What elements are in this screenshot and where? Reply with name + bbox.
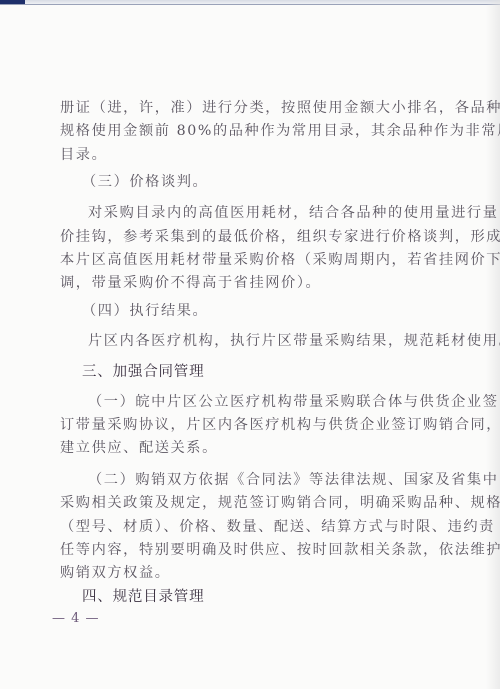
paragraph-line: （一）皖中片区公立医疗机构带量采购联合体与供货企业签: [88, 393, 460, 411]
section-heading-contract-management: 三、加强合同管理: [82, 363, 482, 381]
paragraph-line: 价挂钩，参考采集到的最低价格，组织专家进行价格谈判，形成: [60, 228, 460, 246]
paragraph-line: 册证（进，许，准）进行分类，按照使用金额大小排名，各品种: [60, 99, 460, 117]
paragraph-line: 订带量采购协议，片区内各医疗机构与供货企业签订购销合同，: [60, 416, 460, 434]
paragraph-line: 建立供应、配送关系。: [60, 439, 460, 457]
sub-heading-execution-results: （四）执行结果。: [82, 302, 482, 320]
paragraph-line: （二）购销双方依据《合同法》等法律法规、国家及省集中: [88, 471, 460, 489]
paragraph-line: 本片区高值医用耗材带量采购价格（采购周期内，若省挂网价下: [60, 251, 460, 269]
paragraph-line: 采购相关政策及规定，规范签订购销合同，明确采购品种、规格: [60, 494, 460, 512]
paragraph-line: 对采购目录内的高值医用耗材，结合各品种的使用量进行量: [88, 204, 460, 222]
paragraph-line: 规格使用金额前 80%的品种作为常用目录，其余品种作为非常用: [60, 122, 460, 140]
paragraph-line: 片区内各医疗机构，执行片区带量采购结果，规范耗材使用。: [88, 332, 460, 350]
paragraph-line: 任等内容，特别要明确及时供应、按时回款相关条款，依法维护: [60, 541, 460, 559]
section-heading-catalog-management: 四、规范目录管理: [82, 588, 482, 606]
paragraph-line: 目录。: [60, 146, 460, 164]
document-page: 册证（进，许，准）进行分类，按照使用金额大小排名，各品种 规格使用金额前 80%…: [0, 0, 500, 689]
paragraph-line: 调，带量采购价不得高于省挂网价）。: [60, 274, 460, 292]
paragraph-line: 购销双方权益。: [60, 564, 460, 582]
sub-heading-price-negotiation: （三）价格谈判。: [82, 173, 482, 191]
paragraph-line: （型号、材质）、价格、数量、配送、结算方式与时限、违约责: [60, 518, 460, 536]
page-number: — 4 —: [52, 611, 100, 626]
